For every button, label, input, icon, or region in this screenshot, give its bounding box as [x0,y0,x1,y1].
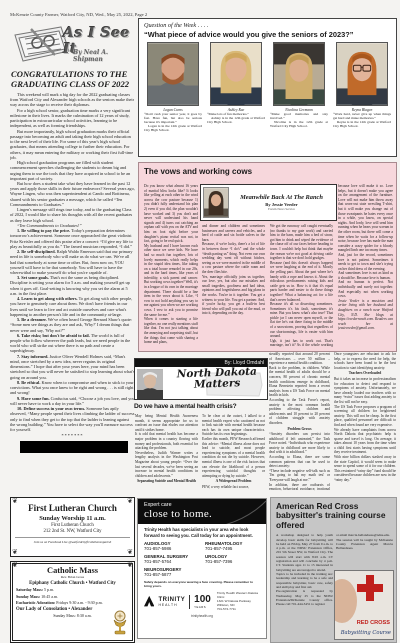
qow-kicker: Question of the Week . . . . [144,22,391,29]
corner-ornament-icon: ❦ [127,498,133,505]
ranch-text-column: Do you know what almost 16 years of mari… [144,184,198,348]
red-cross-article: American Red Cross babysitter's training… [270,497,397,643]
facebook-note: Join us on Facebook Live @watfordcityfir… [15,537,130,544]
portrait-photo [147,42,199,106]
church-name: Epiphany Catholic Church • Watford City [16,581,129,586]
masthead-line: McKenzie County Farmer, Watford City, ND… [10,12,260,17]
chalice-icon [111,610,129,636]
course-script-label: Babysitting Course [341,630,391,636]
mass-time: Sunday Mass: 10:45 a.m. [16,594,129,599]
redcross-headline: American Red Cross babysitter's training… [276,502,391,530]
person-quote: “Work hard, never give up when things ge… [333,112,391,120]
redacted-block [20,441,128,453]
as-i-see-it-logo: As I See It By Neal A. Shipman [11,21,134,66]
person-quote: “Don't rush your senior year, it goes by… [144,112,202,125]
trinity-ad-header: Expert care close to home. [138,499,266,524]
mask-note: Safety depends on everyone wearing a fac… [144,580,260,588]
ndm-text-column: steadily reported that around 20 percent… [269,352,330,491]
first-lutheran-ad: ❦ ❦ ❦ ❦ First Lutheran Church Sunday Wor… [10,497,135,557]
ndm-subhead: Separating Suicide and Mental Health [135,479,198,484]
portrait-photo [273,42,325,106]
qow-person: Nicolina Germann “Make good memories and… [270,42,328,132]
question-of-week-box: Question of the Week . . . . “What piece… [138,18,397,157]
divider [189,595,190,609]
ndm-title: North Dakota Matters [167,366,268,392]
qow-person: Ashley Rae “Make lots of fun memories.” … [207,42,265,132]
ranch-column-box: The vows and working cows Meanwhile Back… [138,162,397,352]
pastor-name: Rev. Brian Gross [16,575,129,579]
author-bio: Jessie Veeder is a musician and writer l… [338,299,393,331]
editorial-paragraph: For a high school senior, graduation tim… [10,108,135,129]
ndm-text-column: Once youngsters are reluctant to ask for… [334,352,396,491]
person-quote: “Make good memories and stay involved.” [270,112,328,120]
corner-ornament-icon: ❦ [12,562,18,569]
service-listing: NEUROSURGERY701-857-5877 [144,567,199,577]
portrait-photo [336,42,388,106]
corner-ornament-icon: ❦ [12,549,18,556]
corner-ornament-icon: ❦ [12,498,18,505]
commandment: 4. Learn to get along with others. To ge… [10,296,135,317]
years-logo: 100 YEARS [194,595,211,609]
ndm-text-column: May being Mental Health Awareness month,… [135,414,198,491]
nd-matters-section: By: Lloyd Omdahl North Dakota Matters Do… [134,350,397,492]
commandment: 9. Have some fun. Confucius said, “Choos… [10,396,135,406]
editorial-paragraph: But how does a student take what they ha… [10,181,135,207]
commandment: 3. Set some goals. That's not the same a… [10,275,135,296]
ndm-subhead: A Widespread Problem [202,479,265,484]
corner-ornament-icon: ❦ [127,549,133,556]
editorial-headline: CONGRATULATIONS TO THE GRADUATING CLASS … [11,69,135,89]
jessie-veeder-photo [203,187,229,218]
logo-byline: By Neal A. Shipman [73,49,134,63]
babysitting-course-image: RED CROSS Babysitting Course [334,570,394,640]
editorial-paragraph: This weekend will mark a big day for the… [10,92,135,108]
ndm-subhead: Problem Grows [269,427,330,432]
church-name: First Lutheran Church [15,523,130,528]
service-listing: UROLOGY701-857-7396 [205,554,260,564]
qow-person: Reyna Blagen “Work hard, never give up w… [333,42,391,132]
portrait-photo [210,42,262,106]
editorial-paragraph: But more importantly, high school gradua… [10,129,135,160]
person-detail: Nicolina is in the 12th grade at Watford… [270,120,328,128]
person-detail: Reyna is in the 12th grade at Watford Ci… [333,120,391,128]
church-address: 212 2nd St. NW, Watford City [15,529,130,534]
section-separator: ******* [10,433,135,438]
redcross-text-column: or email marcia.hellandsaas@ndsu.edu. Th… [336,533,393,567]
editorial-paragraph: High school graduation programs are fill… [10,160,135,181]
commandment: 10. Define success in your own terms. So… [10,406,135,432]
ranch-service: Forum News Service [229,207,334,211]
trinity-health-logo-icon [144,595,154,609]
clinic-address: Trinity Health Western Dakota Clinic 132… [217,592,260,611]
ranch-headline: The vows and working cows [144,167,252,176]
website: trinityhealth.org [144,614,260,618]
trinity-health-ad: Expert care close to home. Trinity Healt… [137,498,267,639]
editorial-body: This weekend will mark a big day for the… [10,92,135,439]
ad-title: Catholic Mass [16,566,129,575]
catholic-mass-ad: ❦ ❦ Catholic Mass Rev. Brian Gross Epiph… [10,561,135,643]
ndm-headline: Do we have a mental health crisis? [134,403,270,410]
ad-title: First Lutheran Church [15,503,130,513]
commandment: 1. Be willing to pay the price. Today's … [10,228,135,249]
commandment: 5. Be a dreamer. We've often heard Georg… [10,317,135,333]
redcross-text-column: A workshop designed to help youth develo… [276,533,333,641]
ranch-column-header: Meanwhile Back At The Ranch By Jessie Ve… [200,184,337,221]
ranch-text-column: because love will make it so. Love helps… [338,184,393,348]
commandment: 7. Stay informed. Justice Oliver Wendell… [10,354,135,380]
mass-time: Saturday Mass: 5 p.m. [16,587,129,592]
newspaper-page: { "masthead": "McKenzie County Farmer, W… [0,0,400,643]
commandment: 8. Be ethical. Know when to compromise a… [10,380,135,396]
swoosh-icon [216,499,266,524]
person-detail: Ashley is in the 12th grade at Watford C… [207,116,265,124]
qow-person: Logan Curns “Don't rush your senior year… [144,42,202,132]
service-listing: RHEUMATOLOGY701-857-7495 [205,541,260,551]
ndm-subhead: Teachers Overloaded [334,371,396,376]
red-cross-icon [357,575,383,601]
corner-ornament-icon: ❦ [127,562,133,569]
person-detail: Logan is in the 12th grade at Watford Ci… [144,124,202,132]
child-face-photo [334,579,357,623]
worship-time: Sunday Worship 11 a.m. [15,515,130,522]
mass-time: Eucharistic Adoration: Fridays 9:30 a.m.… [16,600,129,605]
commandment: 6. Take risks; but don't be afraid to fa… [10,333,135,354]
lloyd-omdahl-photo [137,369,163,399]
commandment: 2. Be self-disciplined. Ralph Waldo Emer… [10,249,135,275]
ndm-text-column: To be clear at the outset, I talked to a… [202,414,265,491]
service-listing: AUDIOLOGY701-857-5986 [144,541,199,551]
nd-matters-header: By: Lloyd Omdahl North Dakota Matters [134,358,268,400]
trinity-brand: TRINITY HEALTH [158,597,185,607]
service-listing: GENERAL SURGERY701-857-5764 [144,554,199,564]
ranch-text-column: We got the runaway calf caught eventuall… [270,224,333,348]
editorial-paragraph: Lingen's message still rings true today,… [10,207,135,223]
qow-headline: “What piece of advice would you give the… [144,30,391,39]
trinity-intro: Trinity Health has specialists in your a… [144,527,260,538]
redcross-label: RED CROSS [357,620,390,626]
ranch-text-column: and dinner and children and sometimes bu… [202,224,265,348]
ranch-title: Meanwhile Back At The Ranch [229,194,334,201]
